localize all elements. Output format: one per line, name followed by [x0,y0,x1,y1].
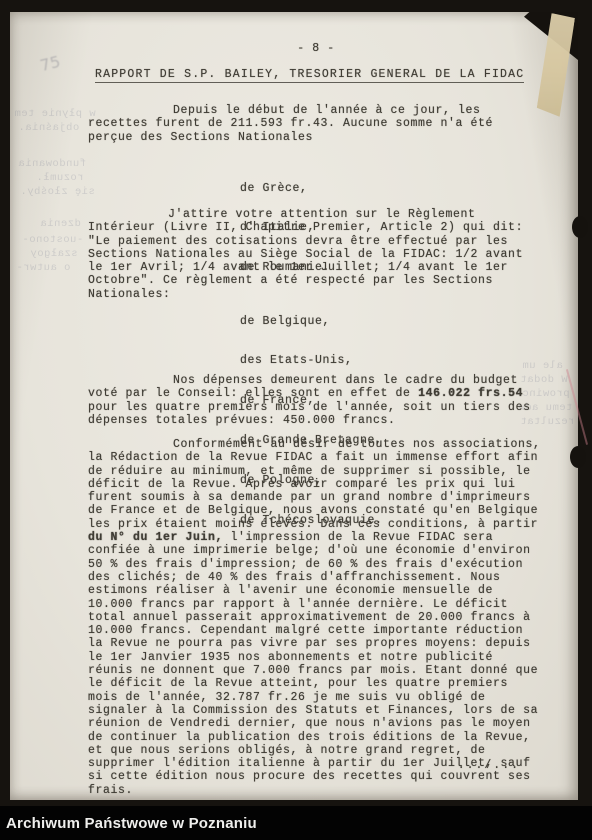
report-title: RAPPORT DE S.P. BAILEY, TRESORIER GENERA… [95,68,524,81]
bleedthrough-text: fundowania [18,158,86,170]
bleedthrough-text: rozumł. [36,172,84,184]
bleedthrough-text: ale um [522,360,563,372]
document-photo: w płynie tem objaśnia. fundowania rozumł… [0,0,592,840]
list-item: de Belgique, [240,315,383,328]
bleedthrough-text: szałgoy [30,248,78,260]
list-item: des Etats-Unis, [240,354,383,367]
paragraph-revue-text: l'impression de la Revue FIDAC sera conf… [88,531,546,797]
binding-notch [570,446,586,468]
date-highlight: du N° du 1er Juin, [88,531,223,544]
paragraph-revue: Conformément au désir de toutes nos asso… [88,438,544,797]
bleedthrough-text: -uostono- [22,234,83,246]
bleedthrough-text: w płynie tem [14,108,96,120]
bleedthrough-text: objaśnia. [18,122,79,134]
report-title-text: RAPPORT DE S.P. BAILEY, TRESORIER GENERA… [95,68,524,83]
pencil-page-mark: 75 [38,52,62,75]
list-item: de Grèce, [240,182,330,195]
bleedthrough-text: dzenia [40,218,81,230]
page-number: - 8 - [88,42,544,55]
archive-name: Archiwum Państwowe w Poznaniu [0,815,257,832]
bleedthrough-text: się złośby. [20,186,95,198]
bleedthrough-text: o autwr- [16,262,70,274]
binding-notch [572,216,588,238]
archive-watermark-bar: Archiwum Państwowe w Poznaniu [0,806,592,840]
paragraph-revue-text: Conformément au désir de toutes nos asso… [88,438,548,531]
amount-highlight: 146.022 frs.54 [418,387,523,400]
paragraph-recettes: Depuis le début de l'année à ce jour, le… [88,104,544,144]
continuation-mark: .../... [458,759,520,772]
paragraph-depenses: Nos dépenses demeurent dans le cadre du … [88,374,544,427]
paper-sheet: w płynie tem objaśnia. fundowania rozumł… [10,12,578,800]
